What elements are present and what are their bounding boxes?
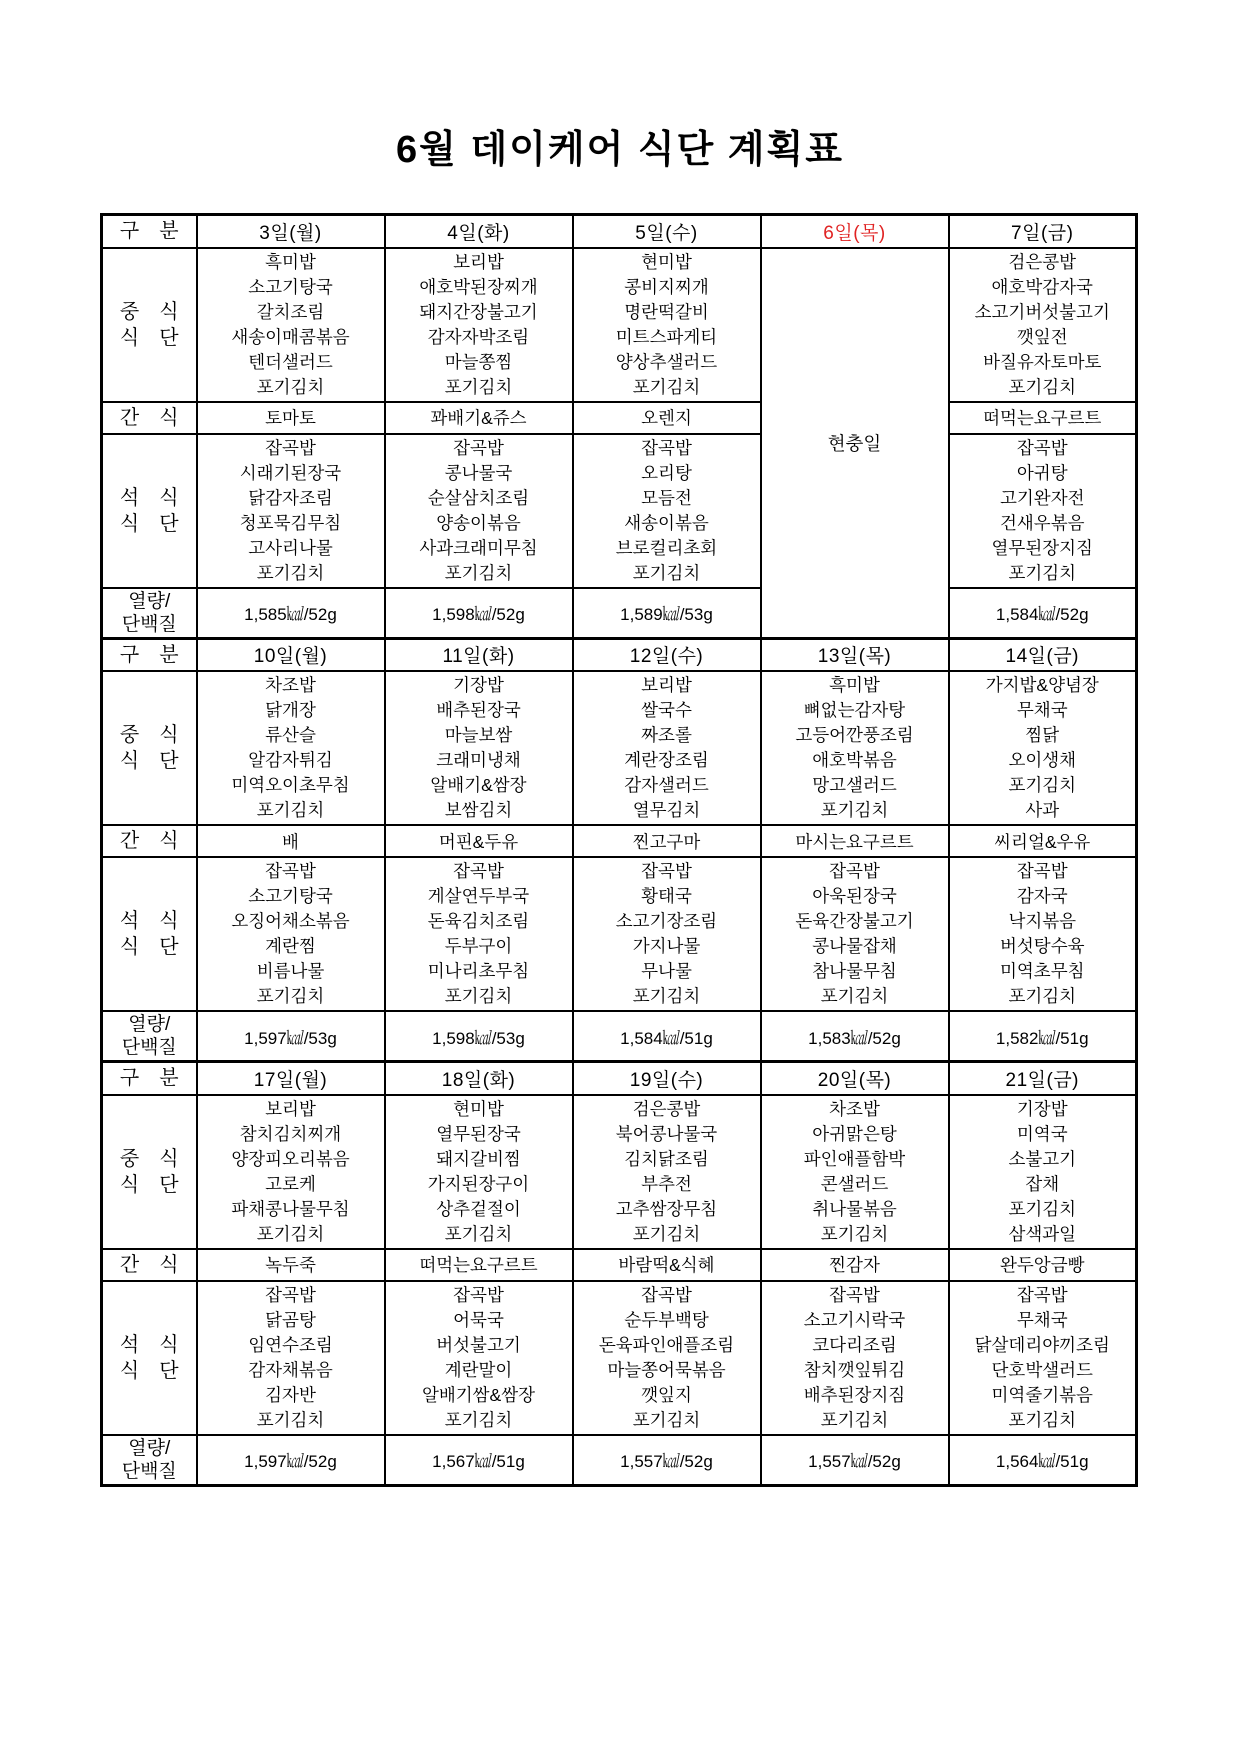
dinner-menu-cell: 잡곡밥 무채국 닭살데리야끼조림 단호박샐러드 미역줄기볶음 포기김치: [949, 1281, 1137, 1435]
day-header-cell: 14일(금): [949, 638, 1137, 671]
snack-cell: 완두앙금빵: [949, 1249, 1137, 1281]
calorie-value-cell: 1,557㎉/52g: [573, 1435, 761, 1486]
row-label-snack: 간 식: [102, 825, 197, 857]
calorie-value-cell: 1,564㎉/51g: [949, 1435, 1137, 1486]
calorie-value-cell: 1,583㎉/52g: [761, 1011, 949, 1062]
day-header-cell: 6일(목): [761, 215, 949, 248]
week-2-dinner-row: 석 식 식 단잡곡밥 소고기탕국 오징어채소볶음 계란찜 비름나물 포기김치잡곡…: [102, 857, 1137, 1011]
snack-cell: 꽈배기&쥬스: [385, 402, 573, 434]
week-3-snack-row: 간 식녹두죽떠먹는요구르트바람떡&식혜찐감자완두앙금빵: [102, 1249, 1137, 1281]
week-1-calorie-row: 열량/ 단백질1,585㎉/52g1,598㎉/52g1,589㎉/53g1,5…: [102, 588, 1137, 639]
meal-plan-table: 구 분3일(월)4일(화)5일(수)6일(목)7일(금)중 식 식 단흑미밥 소…: [100, 213, 1138, 1487]
week-2-snack-row: 간 식배머핀&두유찐고구마마시는요구르트씨리얼&우유: [102, 825, 1137, 857]
snack-cell: 찐고구마: [573, 825, 761, 857]
row-label-snack: 간 식: [102, 402, 197, 434]
row-label-category: 구 분: [102, 215, 197, 248]
lunch-menu-cell: 보리밥 참치김치찌개 양장피오리볶음 고로케 파채콩나물무침 포기김치: [197, 1095, 385, 1249]
day-header-cell: 12일(수): [573, 638, 761, 671]
calorie-value-cell: 1,589㎉/53g: [573, 588, 761, 639]
week-2-calorie-row: 열량/ 단백질1,597㎉/53g1,598㎉/53g1,584㎉/51g1,5…: [102, 1011, 1137, 1062]
calorie-value-cell: 1,584㎉/52g: [949, 588, 1137, 639]
lunch-menu-cell: 가지밥&양념장 무채국 찜닭 오이생채 포기김치 사과: [949, 671, 1137, 825]
snack-cell: 녹두죽: [197, 1249, 385, 1281]
row-label-lunch: 중 식 식 단: [102, 1095, 197, 1249]
week-1-header-row: 구 분3일(월)4일(화)5일(수)6일(목)7일(금): [102, 215, 1137, 248]
snack-cell: 머핀&두유: [385, 825, 573, 857]
lunch-menu-cell: 흑미밥 소고기탕국 갈치조림 새송이매콤볶음 텐더샐러드 포기김치: [197, 248, 385, 402]
row-label-dinner: 석 식 식 단: [102, 434, 197, 588]
day-header-cell: 20일(목): [761, 1062, 949, 1095]
snack-cell: 떠먹는요구르트: [949, 402, 1137, 434]
snack-cell: 마시는요구르트: [761, 825, 949, 857]
calorie-value-cell: 1,582㎉/51g: [949, 1011, 1137, 1062]
week-1-dinner-row: 석 식 식 단잡곡밥 시래기된장국 닭감자조림 청포묵김무침 고사리나물 포기김…: [102, 434, 1137, 588]
row-label-dinner: 석 식 식 단: [102, 1281, 197, 1435]
row-label-lunch: 중 식 식 단: [102, 248, 197, 402]
meal-plan-table-body: 구 분3일(월)4일(화)5일(수)6일(목)7일(금)중 식 식 단흑미밥 소…: [102, 215, 1137, 1486]
row-label-calorie: 열량/ 단백질: [102, 1435, 197, 1486]
lunch-menu-cell: 검은콩밥 애호박감자국 소고기버섯불고기 깻잎전 바질유자토마토 포기김치: [949, 248, 1137, 402]
lunch-menu-cell: 보리밥 애호박된장찌개 돼지간장불고기 감자자박조림 마늘쫑찜 포기김치: [385, 248, 573, 402]
snack-cell: 씨리얼&우유: [949, 825, 1137, 857]
snack-cell: 떠먹는요구르트: [385, 1249, 573, 1281]
calorie-value-cell: 1,597㎉/53g: [197, 1011, 385, 1062]
lunch-menu-cell: 흑미밥 뼈없는감자탕 고등어깐풍조림 애호박볶음 망고샐러드 포기김치: [761, 671, 949, 825]
dinner-menu-cell: 잡곡밥 아귀탕 고기완자전 건새우볶음 열무된장지짐 포기김치: [949, 434, 1137, 588]
day-header-cell: 4일(화): [385, 215, 573, 248]
snack-cell: 토마토: [197, 402, 385, 434]
snack-cell: 찐감자: [761, 1249, 949, 1281]
week-3-dinner-row: 석 식 식 단잡곡밥 닭곰탕 임연수조림 감자채볶음 김자반 포기김치잡곡밥 어…: [102, 1281, 1137, 1435]
calorie-value-cell: 1,598㎉/52g: [385, 588, 573, 639]
day-header-cell: 10일(월): [197, 638, 385, 671]
dinner-menu-cell: 잡곡밥 소고기시락국 코다리조림 참치깻잎튀김 배추된장지짐 포기김치: [761, 1281, 949, 1435]
lunch-menu-cell: 기장밥 미역국 소불고기 잡채 포기김치 삼색과일: [949, 1095, 1137, 1249]
day-header-cell: 21일(금): [949, 1062, 1137, 1095]
day-header-cell: 3일(월): [197, 215, 385, 248]
day-header-cell: 19일(수): [573, 1062, 761, 1095]
dinner-menu-cell: 잡곡밥 닭곰탕 임연수조림 감자채볶음 김자반 포기김치: [197, 1281, 385, 1435]
lunch-menu-cell: 기장밥 배추된장국 마늘보쌈 크래미냉채 알배기&쌈장 보쌈김치: [385, 671, 573, 825]
row-label-category: 구 분: [102, 1062, 197, 1095]
day-header-cell: 7일(금): [949, 215, 1137, 248]
page-title: 6월 데이케어 식단 계획표: [0, 0, 1240, 173]
week-2-lunch-row: 중 식 식 단차조밥 닭개장 류산슬 알감자튀김 미역오이초무침 포기김치기장밥…: [102, 671, 1137, 825]
dinner-menu-cell: 잡곡밥 콩나물국 순살삼치조림 양송이볶음 사과크래미무침 포기김치: [385, 434, 573, 588]
calorie-value-cell: 1,598㎉/53g: [385, 1011, 573, 1062]
row-label-dinner: 석 식 식 단: [102, 857, 197, 1011]
row-label-calorie: 열량/ 단백질: [102, 1011, 197, 1062]
calorie-value-cell: 1,597㎉/52g: [197, 1435, 385, 1486]
dinner-menu-cell: 잡곡밥 감자국 낙지볶음 버섯탕수육 미역초무침 포기김치: [949, 857, 1137, 1011]
day-header-cell: 11일(화): [385, 638, 573, 671]
row-label-category: 구 분: [102, 638, 197, 671]
day-header-cell: 13일(목): [761, 638, 949, 671]
lunch-menu-cell: 현미밥 열무된장국 돼지갈비찜 가지된장구이 상추겉절이 포기김치: [385, 1095, 573, 1249]
dinner-menu-cell: 잡곡밥 황태국 소고기장조림 가지나물 무나물 포기김치: [573, 857, 761, 1011]
lunch-menu-cell: 검은콩밥 북어콩나물국 김치닭조림 부추전 고추쌈장무침 포기김치: [573, 1095, 761, 1249]
row-label-calorie: 열량/ 단백질: [102, 588, 197, 639]
lunch-menu-cell: 차조밥 아귀맑은탕 파인애플함박 콘샐러드 취나물볶음 포기김치: [761, 1095, 949, 1249]
week-3-header-row: 구 분17일(월)18일(화)19일(수)20일(목)21일(금): [102, 1062, 1137, 1095]
day-header-cell: 5일(수): [573, 215, 761, 248]
dinner-menu-cell: 잡곡밥 오리탕 모듬전 새송이볶음 브로컬리초회 포기김치: [573, 434, 761, 588]
dinner-menu-cell: 잡곡밥 시래기된장국 닭감자조림 청포묵김무침 고사리나물 포기김치: [197, 434, 385, 588]
week-3-calorie-row: 열량/ 단백질1,597㎉/52g1,567㎉/51g1,557㎉/52g1,5…: [102, 1435, 1137, 1486]
lunch-menu-cell: 보리밥 쌀국수 짜조롤 계란장조림 감자샐러드 열무김치: [573, 671, 761, 825]
lunch-menu-cell: 현미밥 콩비지찌개 명란떡갈비 미트스파게티 양상추샐러드 포기김치: [573, 248, 761, 402]
calorie-value-cell: 1,584㎉/51g: [573, 1011, 761, 1062]
dinner-menu-cell: 잡곡밥 소고기탕국 오징어채소볶음 계란찜 비름나물 포기김치: [197, 857, 385, 1011]
calorie-value-cell: 1,585㎉/52g: [197, 588, 385, 639]
lunch-menu-cell: 차조밥 닭개장 류산슬 알감자튀김 미역오이초무침 포기김치: [197, 671, 385, 825]
dinner-menu-cell: 잡곡밥 어묵국 버섯불고기 계란말이 알배기쌈&쌈장 포기김치: [385, 1281, 573, 1435]
dinner-menu-cell: 잡곡밥 아욱된장국 돈육간장불고기 콩나물잡채 참나물무침 포기김치: [761, 857, 949, 1011]
snack-cell: 바람떡&식혜: [573, 1249, 761, 1281]
document-page: 6월 데이케어 식단 계획표 구 분3일(월)4일(화)5일(수)6일(목)7일…: [0, 0, 1240, 1755]
week-1-snack-row: 간 식토마토꽈배기&쥬스오렌지떠먹는요구르트: [102, 402, 1137, 434]
snack-cell: 오렌지: [573, 402, 761, 434]
week-1-lunch-row: 중 식 식 단흑미밥 소고기탕국 갈치조림 새송이매콤볶음 텐더샐러드 포기김치…: [102, 248, 1137, 402]
day-header-cell: 18일(화): [385, 1062, 573, 1095]
dinner-menu-cell: 잡곡밥 순두부백탕 돈육파인애플조림 마늘쫑어묵볶음 깻잎지 포기김치: [573, 1281, 761, 1435]
week-3-lunch-row: 중 식 식 단보리밥 참치김치찌개 양장피오리볶음 고로케 파채콩나물무침 포기…: [102, 1095, 1137, 1249]
snack-cell: 배: [197, 825, 385, 857]
week-2-header-row: 구 분10일(월)11일(화)12일(수)13일(목)14일(금): [102, 638, 1137, 671]
calorie-value-cell: 1,567㎉/51g: [385, 1435, 573, 1486]
row-label-snack: 간 식: [102, 1249, 197, 1281]
holiday-cell: 현충일: [761, 248, 949, 639]
day-header-cell: 17일(월): [197, 1062, 385, 1095]
calorie-value-cell: 1,557㎉/52g: [761, 1435, 949, 1486]
dinner-menu-cell: 잡곡밥 게살연두부국 돈육김치조림 두부구이 미나리초무침 포기김치: [385, 857, 573, 1011]
row-label-lunch: 중 식 식 단: [102, 671, 197, 825]
